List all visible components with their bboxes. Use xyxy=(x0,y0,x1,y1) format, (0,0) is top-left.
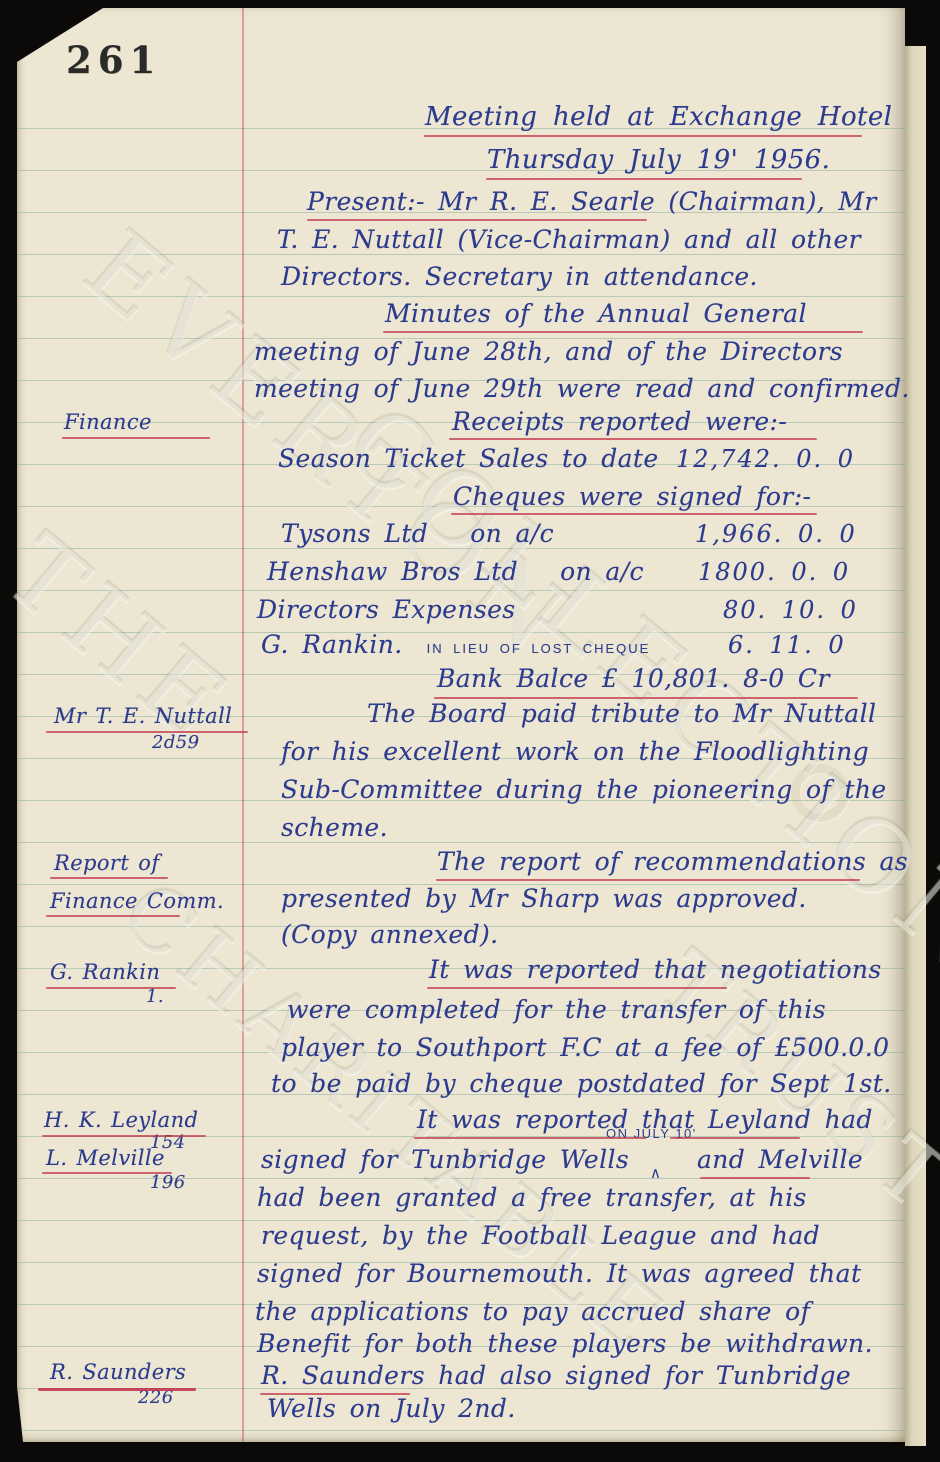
page-number-stamp: 261 xyxy=(66,38,161,82)
ledger-row: Henshaw Bros Ltdon a/c xyxy=(267,556,644,588)
red-underline xyxy=(670,1137,800,1139)
ledger-amount: 6. 11. 0 xyxy=(728,629,846,661)
margin-note: Finance xyxy=(64,406,152,438)
heading-line: Meeting held at Exchange Hotel xyxy=(425,101,892,133)
red-underline xyxy=(486,178,802,180)
handwriting-line: Cheques were signed for:- xyxy=(453,481,811,513)
handwriting-line: Directors. Secretary in attendance. xyxy=(281,261,758,293)
handwriting-line: Minutes of the Annual General xyxy=(385,298,807,330)
ledger-row: G. Rankin.IN LIEU OF LOST CHEQUE xyxy=(261,629,650,665)
handwriting-line: signed for Tunbridge Wells xyxy=(261,1144,629,1176)
ledger-item-detail: IN LIEU OF LOST CHEQUE xyxy=(427,633,651,665)
red-underline xyxy=(449,438,817,440)
ledger-amount: 80. 10. 0 xyxy=(723,594,858,626)
handwriting-line: Wells on July 2nd. xyxy=(267,1393,516,1425)
margin-note: G. Rankin xyxy=(50,956,160,988)
ledger-row: Tysons Ltdon a/c xyxy=(281,518,554,550)
ledger-amount: 12,742. 0. 0 xyxy=(676,443,855,475)
handwriting-line: The Board paid tribute to Mr Nuttall xyxy=(367,698,876,730)
red-underline xyxy=(260,1393,410,1395)
red-underline xyxy=(436,879,860,881)
handwriting-line: request, by the Football League and had xyxy=(261,1220,820,1252)
red-underline xyxy=(434,697,858,699)
scanned-minute-book-photo: THE EVERTON COLLECTION CHARITABLE TRUST … xyxy=(0,0,940,1462)
ledger-item: G. Rankin. xyxy=(261,629,403,661)
handwriting-line: R. Saunders had also signed for Tunbridg… xyxy=(261,1360,851,1392)
ledger-item: Season Ticket Sales to date xyxy=(278,443,659,475)
heading-line: Thursday July 19' 1956. xyxy=(487,144,830,176)
margin-ref: 1. xyxy=(146,981,164,1013)
handwriting-line: the applications to pay accrued share of xyxy=(255,1296,810,1328)
margin-note: Mr T. E. Nuttall xyxy=(54,700,232,732)
red-underline xyxy=(46,915,180,917)
red-underline xyxy=(427,987,727,989)
handwriting-line: T. E. Nuttall (Vice-Chairman) and all ot… xyxy=(277,224,861,256)
handwriting-line: (Copy annexed). xyxy=(281,919,499,951)
red-underline xyxy=(700,1177,810,1179)
handwriting-line: and Melville xyxy=(697,1144,863,1176)
ledger-item-detail: on a/c xyxy=(560,556,644,588)
insertion-caret: ∧ xyxy=(650,1164,661,1182)
ledger-item-detail: on a/c xyxy=(470,518,554,550)
handwriting-line: scheme. xyxy=(281,812,388,844)
handwriting-line: Benefit for both these players be withdr… xyxy=(257,1328,873,1360)
red-underline xyxy=(50,877,168,879)
next-page-edge xyxy=(905,46,926,1446)
margin-ref: 226 xyxy=(138,1382,174,1414)
handwriting-line: to be paid by cheque postdated for Sept … xyxy=(271,1068,892,1100)
red-margin-line xyxy=(242,8,244,1442)
handwriting-line: Present:- Mr R. E. Searle (Chairman), Mr xyxy=(307,186,877,218)
ledger-item: Henshaw Bros Ltd xyxy=(267,556,518,588)
red-underline xyxy=(62,437,210,439)
handwriting-line: Sub-Committee during the pioneering of t… xyxy=(281,774,887,806)
handwriting-line: It was reported that negotiations xyxy=(429,954,882,986)
handwriting-line: Receipts reported were:- xyxy=(452,406,787,438)
red-underline xyxy=(38,1388,196,1391)
red-underline xyxy=(383,331,863,333)
red-underline xyxy=(424,135,862,137)
margin-note: Report of xyxy=(54,847,160,879)
red-underline xyxy=(451,513,817,515)
handwriting-line: player to Southport F.C at a fee of £500… xyxy=(281,1032,889,1064)
handwriting-line: Bank Balce £ 10,801. 8-0 Cr xyxy=(437,663,830,695)
handwriting-line: The report of recommendations as xyxy=(437,846,908,878)
red-underline xyxy=(414,1137,646,1139)
ledger-item: Directors Expenses xyxy=(257,594,516,626)
red-underline xyxy=(46,731,248,733)
handwriting-line: for his excellent work on the Floodlight… xyxy=(281,736,869,768)
red-underline xyxy=(307,219,647,221)
handwriting-line: were completed for the transfer of this xyxy=(287,994,826,1026)
ledger-amount: 1800. 0. 0 xyxy=(698,556,850,588)
margin-note: Finance Comm. xyxy=(50,885,224,917)
handwriting-line: meeting of June 28th, and of the Directo… xyxy=(254,336,843,368)
handwriting-line: signed for Bournemouth. It was agreed th… xyxy=(257,1258,861,1290)
ledger-item: Tysons Ltd xyxy=(281,518,428,550)
red-underline xyxy=(42,1135,206,1137)
handwriting-line: presented by Mr Sharp was approved. xyxy=(281,883,807,915)
ledger-amount: 1,966. 0. 0 xyxy=(695,518,857,550)
margin-note: L. Melville xyxy=(46,1142,165,1174)
red-underline xyxy=(46,987,176,989)
handwriting-line: meeting of June 29th were read and confi… xyxy=(254,373,910,405)
handwriting-line: had been granted a free transfer, at his xyxy=(257,1182,807,1214)
red-underline xyxy=(42,1172,172,1174)
